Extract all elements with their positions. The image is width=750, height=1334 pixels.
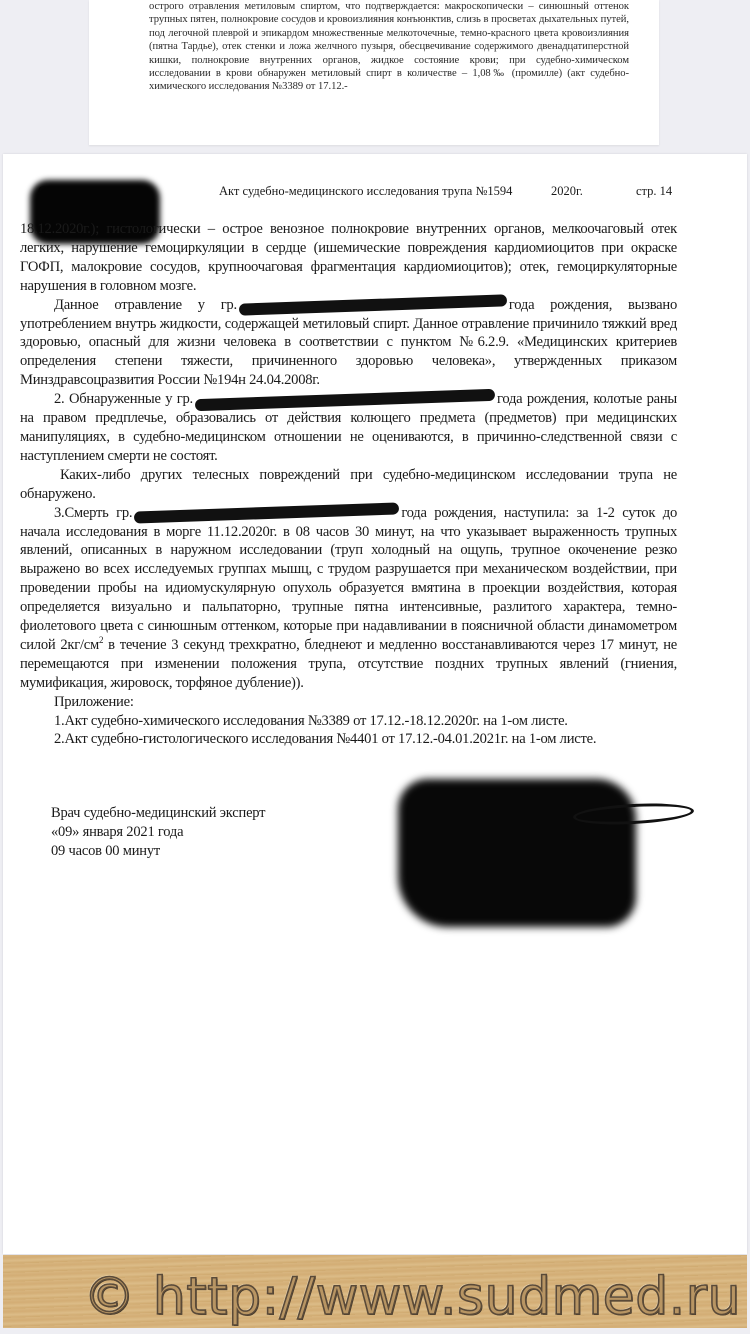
- paragraph-poisoning: Данное отравление у гр.года рождения, вы…: [20, 296, 677, 391]
- redaction-scribble: [195, 389, 495, 411]
- appendix-title: Приложение:: [54, 693, 677, 712]
- document-page: СМЭ Акт судебно-медицинского исследовани…: [3, 154, 747, 1254]
- text: Данное отравление у гр.: [54, 297, 237, 313]
- previous-page: острого отравления метиловым спиртом, чт…: [89, 0, 659, 145]
- signature-time: 09 часов 00 минут: [51, 842, 265, 861]
- header-page-number: стр. 14: [636, 184, 672, 199]
- header-title: Акт судебно-медицинского исследования тр…: [219, 184, 512, 199]
- signature-block: Врач судебно-медицинский эксперт «09» ян…: [51, 804, 265, 861]
- previous-page-text: острого отравления метиловым спиртом, чт…: [149, 0, 629, 94]
- text: в течение 3 секунд трехкратно, бледнеют …: [20, 637, 677, 691]
- paragraph-no-injuries: Каких-либо других телесных повреждений п…: [20, 466, 677, 504]
- text: 3.Смерть гр.: [54, 505, 132, 521]
- paragraph-histology: 18.12.2020г.); гистологически – острое в…: [20, 220, 677, 296]
- text: 2. Обнаруженные у гр.: [54, 391, 193, 407]
- header-year: 2020г.: [551, 184, 583, 199]
- signature-role: Врач судебно-медицинский эксперт: [51, 804, 265, 823]
- redaction-scribble: [134, 503, 399, 524]
- paragraph-death-time: 3.Смерть гр.года рождения, наступила: за…: [20, 504, 677, 693]
- watermark-banner: © http://www.sudmed.ru: [3, 1255, 747, 1328]
- redaction-scribble: [239, 295, 507, 316]
- paragraph-wounds: 2. Обнаруженные у гр.года рождения, коло…: [20, 390, 677, 466]
- stamp-redaction: [398, 779, 636, 927]
- signature-date: «09» января 2021 года: [51, 823, 265, 842]
- watermark-text: © http://www.sudmed.ru: [83, 1268, 747, 1328]
- appendix-item: 1.Акт судебно-химического исследования №…: [54, 712, 677, 731]
- appendix-item: 2.Акт судебно-гистологического исследова…: [54, 730, 677, 749]
- body-text: 18.12.2020г.); гистологически – острое в…: [20, 220, 677, 749]
- text: года рождения, наступила: за 1-2 суток д…: [20, 505, 677, 653]
